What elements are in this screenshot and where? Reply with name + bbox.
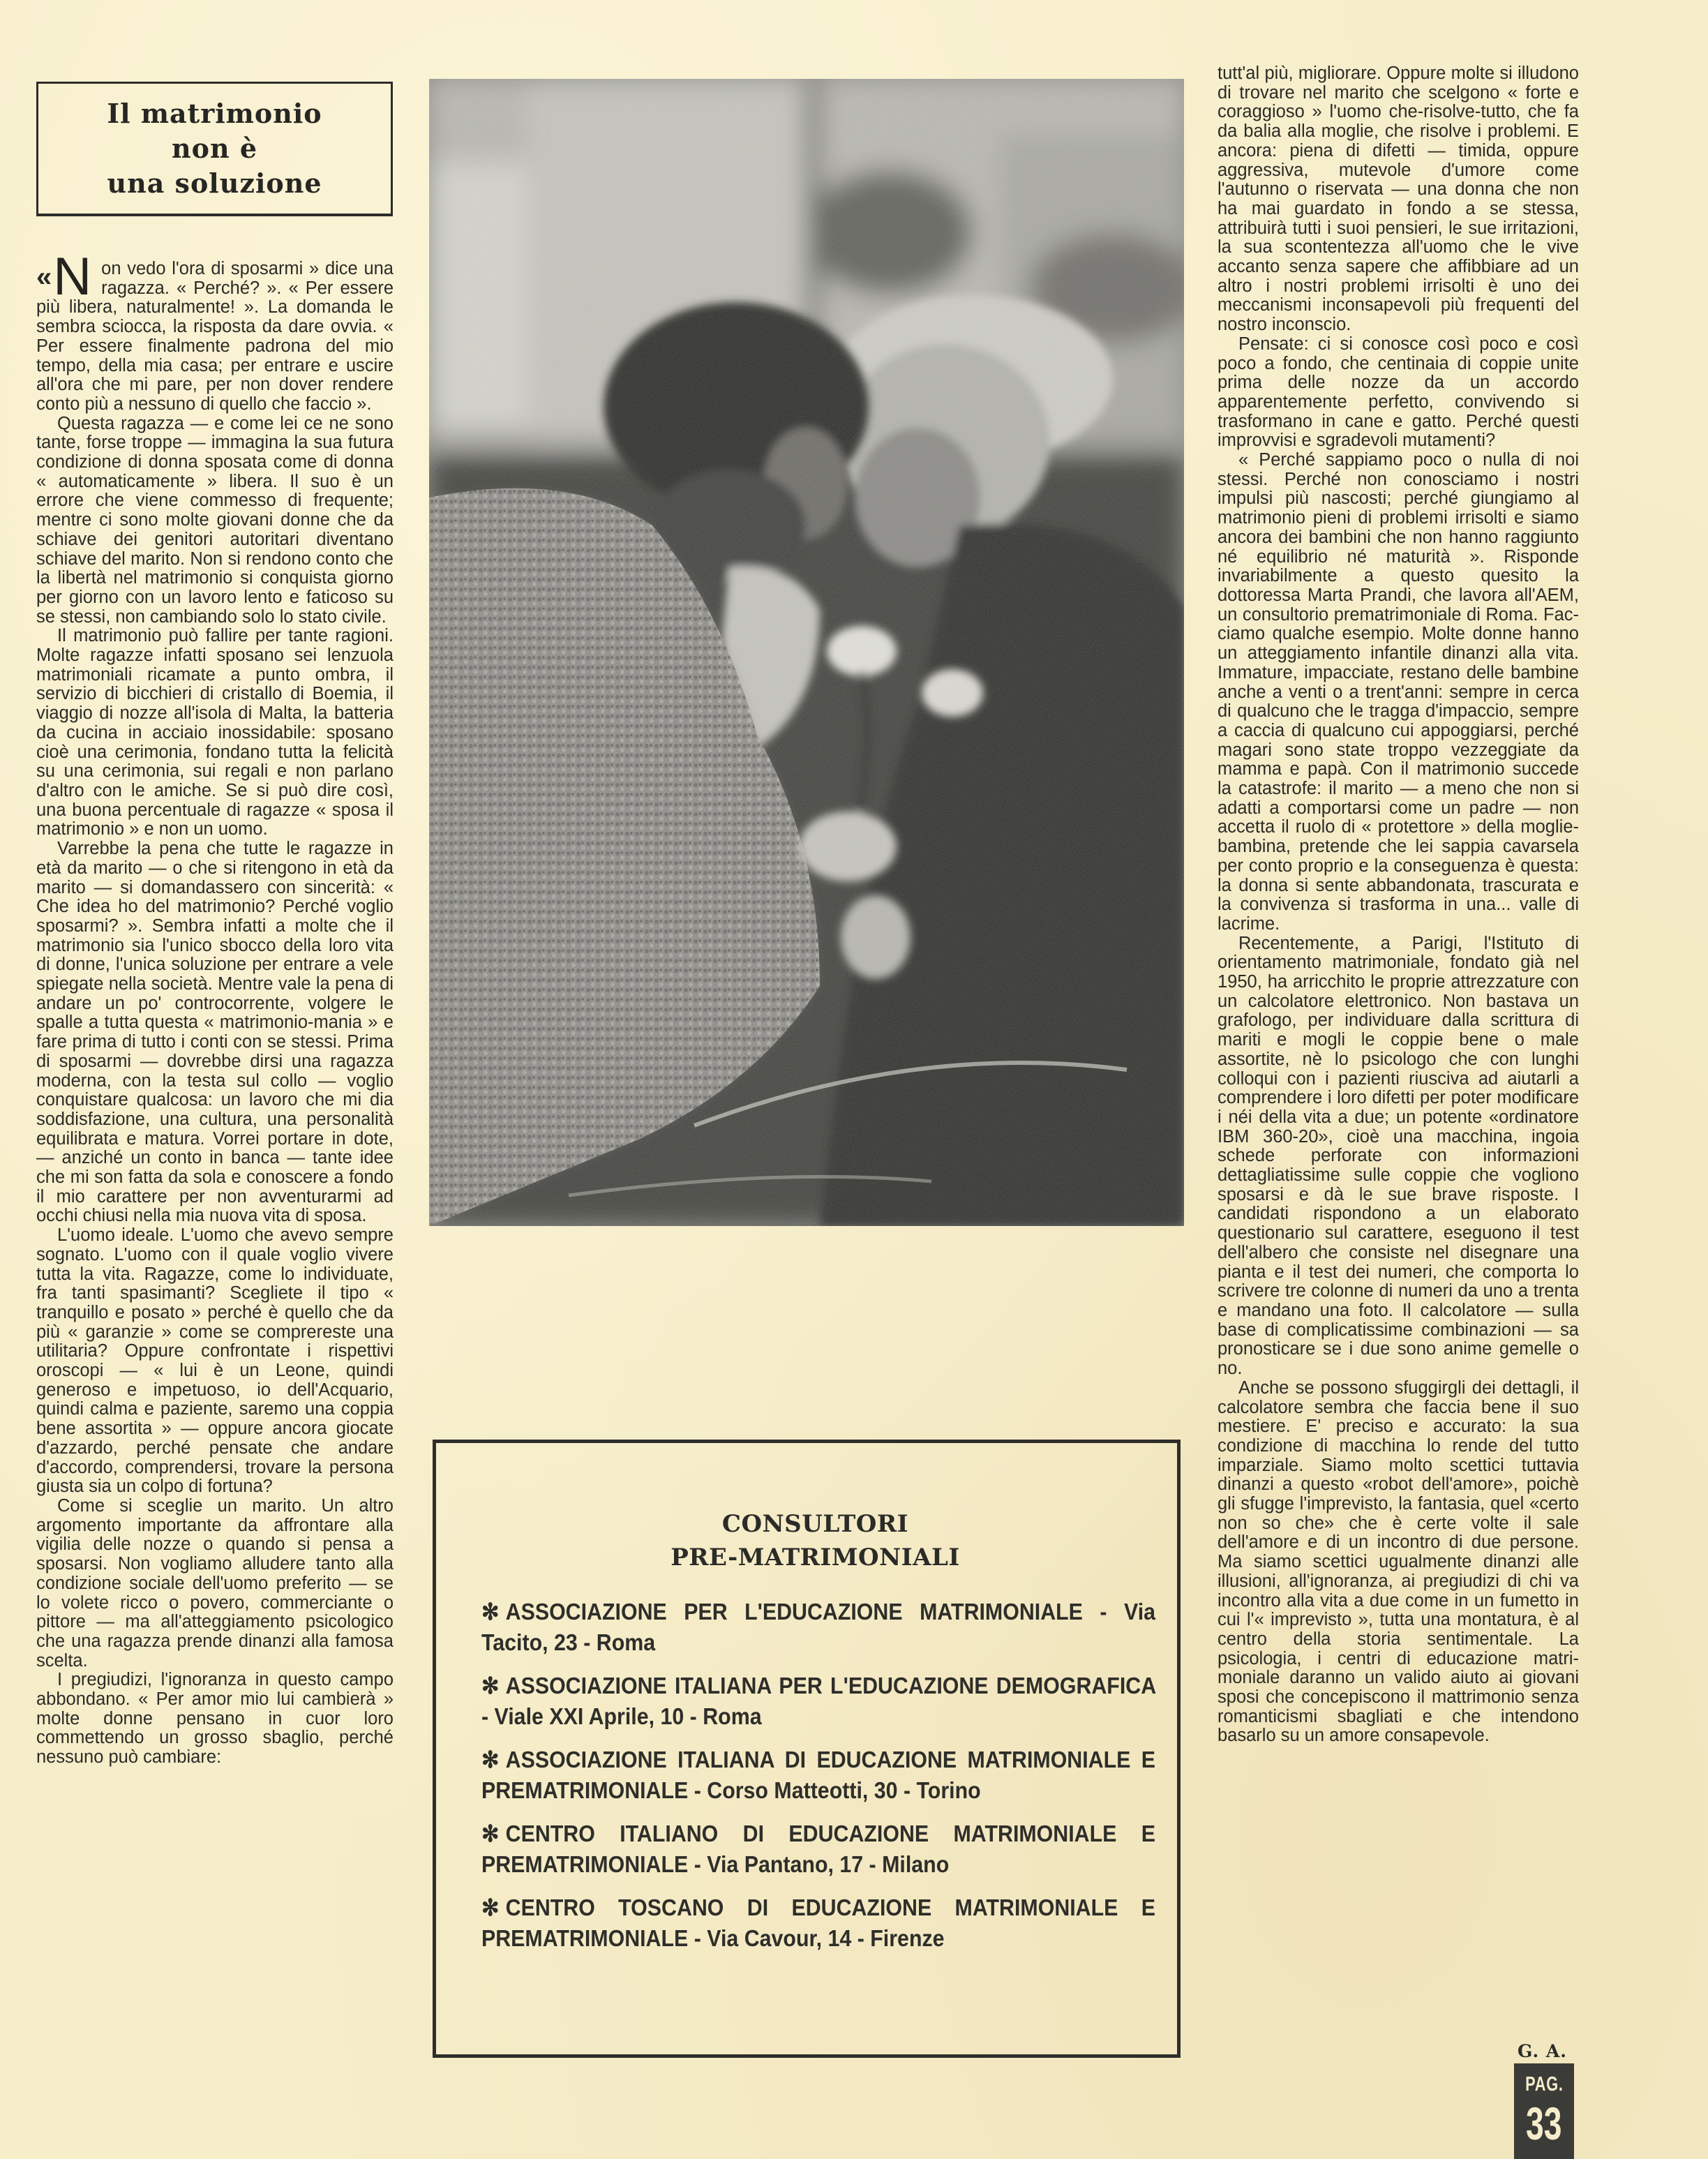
- paragraph: « Perché sappiamo poco o nulla di noi st…: [1218, 451, 1579, 934]
- consultorio-address: - Viale XXI Aprile, 10 - Roma: [481, 1703, 762, 1729]
- paragraph: Recentemente, a Parigi, l'Istituto di or…: [1218, 934, 1579, 1379]
- article-title-line-2: non è: [172, 131, 257, 166]
- couple-kissing-photo: [429, 79, 1184, 1226]
- photo-image: [429, 79, 1184, 1226]
- paragraph: L'uomo ideale. L'uomo che avevo sempre s…: [36, 1226, 394, 1497]
- consultorio-entry: ✻ASSOCIAZIONE ITALIANA PER L'EDUCAZIONE …: [481, 1671, 1155, 1732]
- paragraph: Varrebbe la pena che tutte le ra­gazze i…: [36, 839, 394, 1226]
- paragraph: « N on vedo l'ora di sposarmi » dice una…: [36, 260, 394, 414]
- consultorio-address: - Via Pantano, 17 - Milano: [694, 1851, 950, 1877]
- page-number: 33: [1526, 2099, 1561, 2148]
- consultorio-name: ASSOCIAZIONE ITALIANA PER L'EDUCAZIONE D…: [506, 1673, 1155, 1698]
- asterisk-icon: ✻: [481, 1895, 499, 1920]
- consultorio-name: ASSOCIAZIONE PER L'EDUCAZIONE MATRIMO­NI…: [506, 1599, 1083, 1624]
- asterisk-icon: ✻: [481, 1599, 499, 1624]
- paragraph: Come si sceglie un marito. Un altro argo…: [36, 1497, 394, 1671]
- consultorio-address: - Via Cavour, 14 - Firenze: [694, 1925, 945, 1951]
- dropcap-quote-mark: «: [36, 257, 52, 297]
- article-title-line-1: Il matrimonio: [107, 96, 322, 131]
- consultorio-entry: ✻ASSOCIAZIONE PER L'EDUCAZIONE MATRIMO­N…: [481, 1597, 1155, 1658]
- paragraph: Il matrimonio può fallire per tante ragi…: [36, 627, 394, 839]
- paragraph: Questa ragazza — e come lei ce ne sono t…: [36, 414, 394, 627]
- asterisk-icon: ✻: [481, 1821, 499, 1846]
- paragraph: I pregiudizi, l'ignoranza in questo camp…: [36, 1671, 394, 1768]
- asterisk-icon: ✻: [481, 1747, 499, 1772]
- consultorio-address: - Corso Matteotti, 30 - Torino: [694, 1777, 981, 1803]
- author-signature: G. A.: [1518, 2041, 1567, 2061]
- consultorio-entry: ✻CENTRO ITALIANO DI EDUCAZIONE MATRIMO­N…: [481, 1818, 1155, 1880]
- paragraph: tutt'al più, migliorare. Oppure molte si…: [1218, 64, 1579, 335]
- consultori-title-line-2: PRE-MATRIMONIALI: [481, 1541, 1149, 1574]
- consultori-title-line-1: CONSULTORI: [481, 1507, 1149, 1541]
- article-title-line-3: una soluzione: [107, 166, 322, 201]
- article-title-box: Il matrimonio non è una soluzione: [36, 82, 393, 216]
- page-number-badge: PAG. 33: [1514, 2063, 1574, 2159]
- dropcap: « N: [36, 257, 91, 297]
- consultori-sidebar-box: CONSULTORI PRE-MATRIMONIALI ✻ASSOCIAZION…: [433, 1440, 1181, 2058]
- consultorio-entry: ✻ASSOCIAZIONE ITALIANA DI EDUCAZIONE MAT…: [481, 1745, 1155, 1806]
- left-text-column: « N on vedo l'ora di sposarmi » dice una…: [36, 260, 394, 1768]
- right-text-column: tutt'al più, migliorare. Oppure molte si…: [1218, 64, 1579, 1746]
- paragraph: Anche se possono sfuggirgli dei det­tagl…: [1218, 1379, 1579, 1746]
- paragraph: Pensate: ci si conosce così poco e così …: [1218, 335, 1579, 451]
- page-label: PAG.: [1525, 2073, 1564, 2096]
- dropcap-letter: N: [53, 257, 91, 297]
- consultorio-entry: ✻CENTRO TOSCANO DI EDUCAZIONE MATRIMO­NI…: [481, 1892, 1155, 1954]
- consultori-title: CONSULTORI PRE-MATRIMONIALI: [481, 1507, 1149, 1574]
- asterisk-icon: ✻: [481, 1673, 499, 1698]
